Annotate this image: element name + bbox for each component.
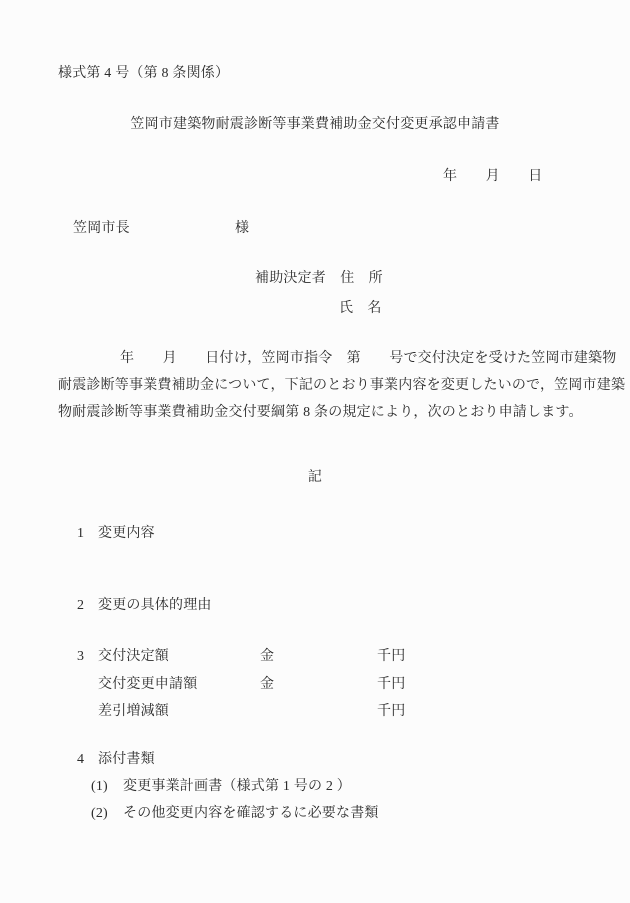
addressee-name: 笠岡市長 bbox=[73, 222, 130, 236]
section-4-number: 4 bbox=[77, 753, 84, 767]
record-marker: 記 bbox=[0, 471, 630, 485]
amount-label: 差引増減額 bbox=[98, 705, 169, 719]
section-2-title: 変更の具体的理由 bbox=[98, 599, 212, 613]
attachment-text: その他変更内容を確認するに必要な書類 bbox=[123, 807, 379, 821]
section-1-title: 変更内容 bbox=[98, 527, 155, 541]
addressee-honorific: 様 bbox=[235, 222, 249, 236]
date-line: 年 月 日 bbox=[443, 170, 542, 184]
amount-unit: 千円 bbox=[377, 678, 405, 692]
applicant-role-address-label: 補助決定者 住 所 bbox=[255, 272, 383, 286]
body-paragraph: 年 月 日付け，笠岡市指令 第 号で交付決定を受けた笠岡市建築物 耐震診断等事業… bbox=[58, 352, 578, 433]
form-number: 様式第 4 号（第 8 条関係） bbox=[58, 67, 229, 81]
section-4-title: 添付書類 bbox=[98, 753, 155, 767]
attachment-text: 変更事業計画書（様式第 1 号の 2 ） bbox=[123, 780, 351, 794]
amount-unit: 千円 bbox=[377, 705, 405, 719]
currency-prefix: 金 bbox=[260, 678, 274, 692]
amount-label: 交付決定額 bbox=[98, 650, 169, 664]
body-line-2: 耐震診断等事業費補助金について，下記のとおり事業内容を変更したいので，笠岡市建築 bbox=[58, 379, 578, 393]
amount-unit: 千円 bbox=[377, 650, 405, 664]
body-line-1: 年 月 日付け，笠岡市指令 第 号で交付決定を受けた笠岡市建築物 bbox=[58, 352, 578, 366]
section-1-number: 1 bbox=[77, 527, 84, 541]
body-line-3: 物耐震診断等事業費補助金交付要綱第 8 条の規定により，次のとおり申請します。 bbox=[58, 406, 578, 420]
page-title: 笠岡市建築物耐震診断等事業費補助金交付変更承認申請書 bbox=[0, 118, 630, 132]
currency-prefix: 金 bbox=[260, 650, 274, 664]
section-2-number: 2 bbox=[77, 599, 84, 613]
amount-label: 交付変更申請額 bbox=[98, 678, 197, 692]
attachment-number: (2) bbox=[91, 807, 108, 821]
attachment-number: (1) bbox=[91, 780, 108, 794]
application-form-page: 様式第 4 号（第 8 条関係） 笠岡市建築物耐震診断等事業費補助金交付変更承認… bbox=[0, 0, 630, 903]
applicant-name-label: 氏 名 bbox=[339, 302, 382, 316]
section-3-number: 3 bbox=[77, 650, 84, 664]
